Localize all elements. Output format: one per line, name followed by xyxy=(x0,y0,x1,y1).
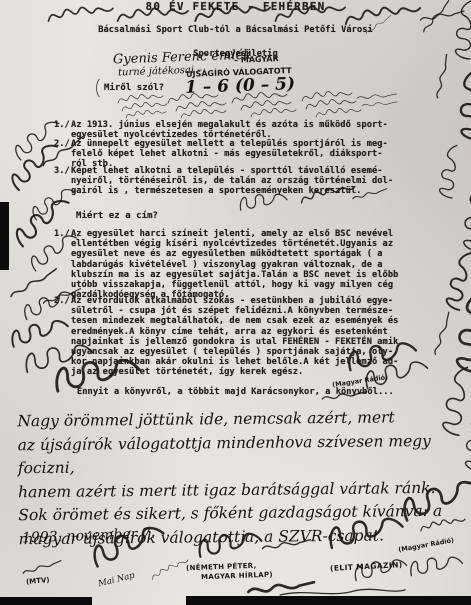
scan-edge-artifact xyxy=(0,202,9,270)
section-2-item-2: Az évfordulók alkalmából szokás - esetün… xyxy=(71,296,406,378)
item-number: 2./ xyxy=(54,296,70,306)
match-note-opponent-1: – MAGYAR xyxy=(234,54,279,65)
closing-line: Ennyit a könyvről, a többit majd Karácso… xyxy=(77,387,394,397)
signature-caption-mtv: (MTV) xyxy=(26,576,50,586)
signature-caption-mai-nap: Mai Nap xyxy=(97,571,135,590)
section-1-item-1: Az 1913. június elsején megalakult és az… xyxy=(71,120,401,140)
section-1-item-3: Képet lehet alkotni a település - sportt… xyxy=(71,166,406,197)
scan-edge-artifact xyxy=(186,596,471,605)
signature-caption-elit: (ELIT MAGAZIN) xyxy=(330,560,403,573)
section-2-item-1: Az egyesület harci színeit jelenti, amel… xyxy=(71,229,406,300)
item-number: 3./ xyxy=(54,166,70,176)
item-number: 2./ xyxy=(54,139,70,149)
item-number: 1./ xyxy=(54,120,70,130)
handwritten-name-list-scrawl xyxy=(118,91,397,118)
section-1-heading: Miről szól? xyxy=(104,83,164,93)
section-2-heading: Miért ez a cím? xyxy=(76,211,158,221)
document-title: 80 ÉV FEKETE - FEHÉRBEN xyxy=(0,2,471,12)
match-note-score: 1 – 6 (0 – 5) xyxy=(185,74,296,98)
signature-caption-nemeth-2: MAGYAR HÍRLAP) xyxy=(201,571,273,582)
scanned-document-page: 80 ÉV FEKETE - FEHÉRBEN Bácsalmási Sport… xyxy=(0,0,471,605)
scan-edge-artifact xyxy=(0,597,92,605)
item-number: 1./ xyxy=(54,229,70,239)
subtitle-line-1: Bácsalmási Sport Club-tól a Bácsalmási P… xyxy=(0,25,471,35)
